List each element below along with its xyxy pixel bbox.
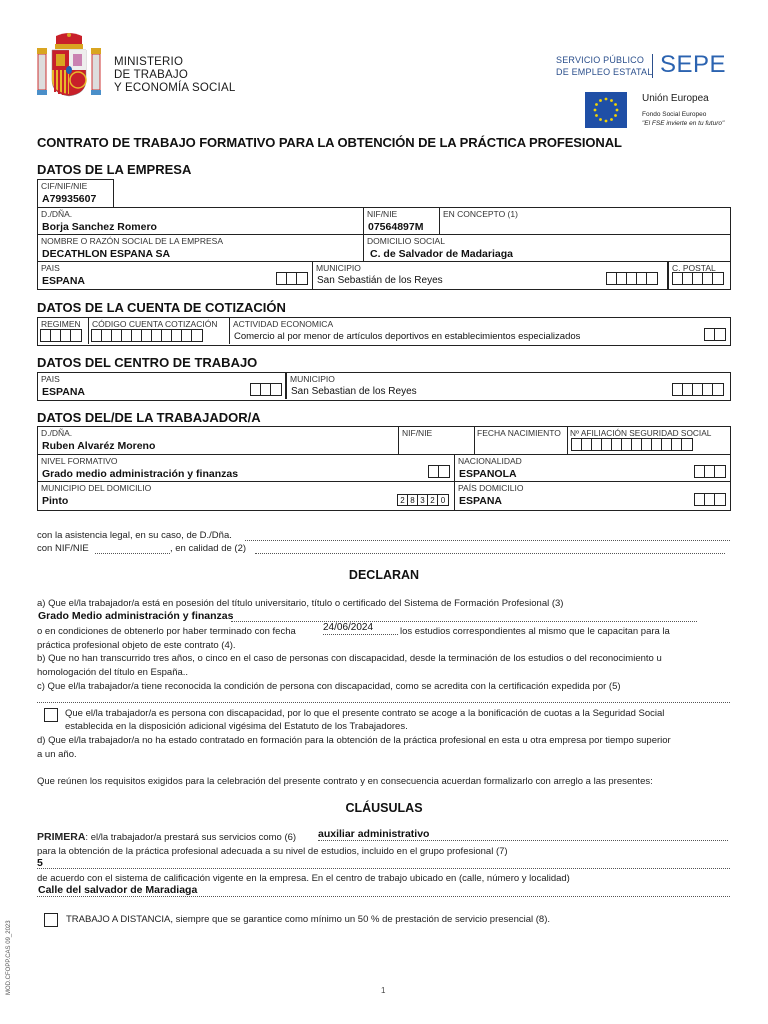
empresa-cpostal-field[interactable]: C. POSTAL — [669, 262, 730, 289]
sepe-logo: SEPE — [660, 51, 726, 79]
actividad-value: Comercio al por menor de artículos depor… — [234, 331, 580, 342]
sepe-divider — [652, 54, 653, 78]
centro-ubicacion-dots — [37, 896, 730, 897]
asistencia-nif-label: con NIF/NIE — [37, 543, 89, 554]
ministry-line-2: DE TRABAJO — [114, 69, 235, 82]
nacionalidad-label: NACIONALIDAD — [458, 456, 522, 466]
eu-flag-icon — [585, 92, 627, 128]
declaran-b-text-1: b) Que no han transcurrido tres años, o … — [37, 653, 662, 664]
section-title-centro: DATOS DEL CENTRO DE TRABAJO — [37, 355, 257, 370]
pais-value: ESPANA — [42, 275, 85, 287]
nacionalidad-value: ESPANOLA — [459, 468, 517, 480]
trabajo-distancia-checkbox[interactable] — [44, 913, 58, 927]
form-code: MOD.CFOPP.CAS 09_2023 — [6, 920, 12, 995]
municipio-label: MUNICIPIO — [316, 263, 361, 273]
declaran-d-text-2: a un año. — [37, 749, 77, 760]
grupo-text: para la obtención de la práctica profesi… — [37, 846, 508, 857]
clausulas-title: CLÁUSULAS — [0, 801, 768, 815]
trabajador-afiliacion-field[interactable]: Nº AFILIACIÓN SEGURIDAD SOCIAL — [568, 427, 730, 455]
page-title: CONTRATO DE TRABAJO FORMATIVO PARA LA OB… — [37, 135, 622, 150]
pais-domicilio-field[interactable]: PAÍS DOMICILIO ESPANA — [455, 482, 730, 510]
regimen-boxes[interactable] — [40, 329, 82, 342]
actividad-code-boxes[interactable] — [704, 328, 726, 341]
primera-text: : el/la trabajador/a prestará sus servic… — [85, 832, 296, 843]
declaran-d-text-1: d) Que el/la trabajador/a no ha estado c… — [37, 735, 671, 746]
fecha-fin-dots — [323, 634, 398, 635]
pais-domicilio-value: ESPANA — [459, 495, 502, 507]
municipio-domicilio-value: Pinto — [42, 495, 68, 507]
ministry-line-3: Y ECONOMÍA SOCIAL — [114, 82, 235, 95]
centro-municipio-boxes[interactable] — [672, 383, 724, 396]
sepe-name: SERVICIO PÚBLICO DE EMPLEO ESTATAL — [556, 55, 652, 78]
centro-pais-boxes[interactable] — [250, 383, 282, 396]
primera-line: PRIMERA: el/la trabajador/a prestará sus… — [37, 831, 296, 843]
trabajador-nif-field[interactable]: NIF/NIE — [399, 427, 475, 455]
empresa-concepto-field[interactable]: EN CONCEPTO (1) — [440, 208, 730, 235]
empresa-dna-field[interactable]: D./DÑA. Borja Sanchez Romero — [38, 208, 364, 235]
domicilio-value: C. de Salvador de Madariaga — [370, 248, 513, 260]
eu-motto: "El FSE invierte en tu futuro" — [642, 120, 724, 129]
empresa-razon-field[interactable]: NOMBRE O RAZÓN SOCIAL DE LA EMPRESA DECA… — [38, 235, 364, 262]
razon-label: NOMBRE O RAZÓN SOCIAL DE LA EMPRESA — [41, 236, 223, 246]
afiliacion-boxes[interactable] — [571, 438, 693, 451]
actividad-field[interactable]: ACTIVIDAD ECONOMICA Comercio al por meno… — [230, 318, 730, 344]
nacionalidad-boxes[interactable] — [694, 465, 726, 478]
fecha-fin-value[interactable]: 24/06/2024 — [323, 622, 373, 633]
grupo-dots — [37, 868, 730, 869]
nivel-label: NIVEL FORMATIVO — [41, 456, 118, 466]
empresa-table: D./DÑA. Borja Sanchez Romero NIF/NIE 075… — [37, 207, 731, 290]
cif-value: A79935607 — [42, 193, 96, 205]
nif-label: NIF/NIE — [367, 209, 397, 219]
municipio-code-boxes[interactable] — [606, 272, 658, 285]
cif-label: CIF/NIF/NIE — [41, 181, 87, 191]
regimen-field[interactable]: REGIMEN — [38, 318, 89, 344]
nivel-code-boxes[interactable] — [428, 465, 450, 478]
regimen-label: REGIMEN — [41, 319, 81, 329]
concepto-label: EN CONCEPTO (1) — [443, 209, 518, 219]
cotizacion-table: REGIMEN CÓDIGO CUENTA COTIZACIÓN ACTIVID… — [37, 317, 731, 346]
eu-fund: Fondo Social Europeo — [642, 111, 724, 120]
codigo-label: CÓDIGO CUENTA COTIZACIÓN — [92, 319, 217, 329]
eu-fund-text: Fondo Social Europeo "El FSE invierte en… — [642, 111, 724, 128]
cp-digit: 0 — [438, 495, 448, 505]
declaran-a-text: a) Que el/la trabajador/a está en posesi… — [37, 598, 563, 609]
sepe-line-1: SERVICIO PÚBLICO — [556, 55, 652, 67]
afiliacion-label: Nº AFILIACIÓN SEGURIDAD SOCIAL — [570, 428, 711, 438]
empresa-domicilio-field[interactable]: DOMICILIO SOCIAL C. de Salvador de Madar… — [364, 235, 730, 262]
cp-digit: 3 — [418, 495, 428, 505]
cpostal-boxes[interactable] — [672, 272, 724, 285]
primera-label: PRIMERA — [37, 831, 85, 843]
section-title-empresa: DATOS DE LA EMPRESA — [37, 162, 191, 177]
pais-code-boxes[interactable] — [276, 272, 308, 285]
centro-pais-label: PAIS — [41, 374, 60, 384]
declaran-a-cont-1: o en condiciones de obtenerlo por haber … — [37, 626, 296, 637]
centro-municipio-field[interactable]: MUNICIPIO San Sebastian de los Reyes — [287, 373, 730, 399]
empresa-cif-field[interactable]: CIF/NIF/NIE A79935607 — [37, 179, 114, 208]
pais-label: PAIS — [41, 263, 60, 273]
dna-value: Borja Sanchez Romero — [42, 221, 157, 233]
centro-pais-value: ESPANA — [42, 386, 85, 398]
centro-table: PAIS ESPANA MUNICIPIO San Sebastian de l… — [37, 372, 731, 401]
centro-municipio-value: San Sebastian de los Reyes — [291, 386, 417, 397]
empresa-pais-field[interactable]: PAIS ESPANA — [38, 262, 313, 289]
puesto-dots — [318, 840, 728, 841]
page-number: 1 — [381, 986, 385, 995]
declaran-title: DECLARAN — [0, 568, 768, 582]
declaran-c-text: c) Que el/la trabajador/a tiene reconoci… — [37, 681, 621, 692]
empresa-municipio-field[interactable]: MUNICIPIO San Sebastián de los Reyes — [313, 262, 669, 289]
actividad-label: ACTIVIDAD ECONOMICA — [233, 319, 333, 329]
nacionalidad-field[interactable]: NACIONALIDAD ESPANOLA — [455, 455, 730, 482]
pais-domicilio-boxes[interactable] — [694, 493, 726, 506]
sepe-line-2: DE EMPLEO ESTATAL — [556, 67, 652, 79]
trabajador-dna-value: Ruben Alvaréz Moreno — [42, 440, 155, 452]
trabajador-fecha-field[interactable]: FECHA NACIMIENTO — [475, 427, 568, 455]
declaran-closing: Que reúnen los requisitos exigidos para … — [37, 776, 653, 787]
discapacidad-checkbox[interactable] — [44, 708, 58, 722]
ministry-line-1: MINISTERIO — [114, 56, 235, 69]
codigo-boxes[interactable] — [91, 329, 203, 342]
declaran-b-text-2: homologación del título en España.. — [37, 667, 188, 678]
asistencia-line-1: con la asistencia legal, en su caso, de … — [37, 530, 232, 541]
cp-digit: 8 — [408, 495, 418, 505]
nivel-value: Grado medio administración y finanzas — [42, 468, 238, 480]
certificacion-dots[interactable] — [37, 702, 730, 703]
nif-value: 07564897M — [368, 221, 423, 233]
razon-value: DECATHLON ESPANA SA — [42, 248, 170, 260]
cp-digit: 2 — [428, 495, 438, 505]
discap-text-2: establecida en la disposición adicional … — [65, 721, 408, 732]
asistencia-calidad-dots[interactable] — [255, 553, 725, 554]
cp-digit-boxes[interactable]: 2 8 3 2 0 — [397, 494, 449, 506]
trabajador-dna-field[interactable]: D./DÑA. Ruben Alvaréz Moreno — [38, 427, 399, 455]
asistencia-dots-1[interactable] — [245, 540, 730, 541]
titulo-dots — [231, 621, 697, 622]
puesto-value[interactable]: auxiliar administrativo — [318, 828, 429, 840]
trabajador-table: D./DÑA. Ruben Alvaréz Moreno NIF/NIE FEC… — [37, 426, 731, 511]
dna-label: D./DÑA. — [41, 209, 72, 219]
cp-digit: 2 — [398, 495, 408, 505]
discap-text-1: Que el/la trabajador/a es persona con di… — [65, 708, 664, 719]
asistencia-calidad-label: , en calidad de (2) — [170, 543, 246, 554]
empresa-nif-field[interactable]: NIF/NIE 07564897M — [364, 208, 440, 235]
municipio-value: San Sebastián de los Reyes — [317, 275, 443, 286]
eu-title: Unión Europea — [642, 93, 709, 104]
trabajador-nif-label: NIF/NIE — [402, 428, 432, 438]
trabajador-dna-label: D./DÑA. — [41, 428, 72, 438]
asistencia-nif-dots[interactable] — [95, 553, 170, 554]
codigo-cuenta-field[interactable]: CÓDIGO CUENTA COTIZACIÓN — [89, 318, 230, 344]
pais-domicilio-label: PAÍS DOMICILIO — [458, 483, 524, 493]
declaran-a-cont-2: los estudios correspondientes al mismo q… — [400, 626, 670, 637]
section-title-trabajador: DATOS DEL/DE LA TRABAJADOR/A — [37, 410, 261, 425]
nivel-formativo-field[interactable]: NIVEL FORMATIVO Grado medio administraci… — [38, 455, 455, 482]
spain-coat-of-arms-logo — [36, 32, 102, 100]
centro-ubicacion-value[interactable]: Calle del salvador de Maradiaga — [38, 884, 197, 896]
municipio-domicilio-field[interactable]: MUNICIPIO DEL DOMICILIO Pinto 2 8 3 2 0 — [38, 482, 455, 510]
centro-municipio-label: MUNICIPIO — [290, 374, 335, 384]
ministry-name: MINISTERIO DE TRABAJO Y ECONOMÍA SOCIAL — [114, 56, 235, 95]
municipio-domicilio-label: MUNICIPIO DEL DOMICILIO — [41, 483, 151, 493]
titulo-value[interactable]: Grado Medio administración y finanzas — [38, 610, 233, 622]
centro-pais-field[interactable]: PAIS ESPANA — [38, 373, 287, 399]
centro-ubicacion-text: de acuerdo con el sistema de calificació… — [37, 873, 570, 884]
domicilio-label: DOMICILIO SOCIAL — [367, 236, 445, 246]
trabajo-distancia-text: TRABAJO A DISTANCIA, siempre que se gara… — [66, 914, 550, 925]
fecha-label: FECHA NACIMIENTO — [477, 428, 561, 438]
section-title-cotizacion: DATOS DE LA CUENTA DE COTIZACIÓN — [37, 300, 286, 315]
declaran-a-cont-3: práctica profesional objeto de este cont… — [37, 640, 236, 651]
